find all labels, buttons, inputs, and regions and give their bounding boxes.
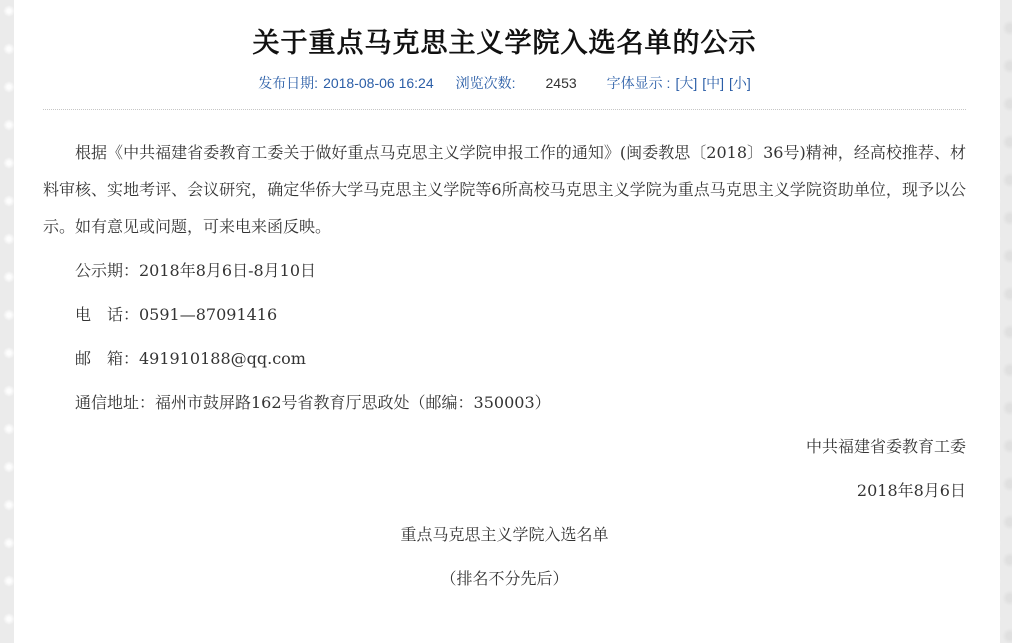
signature-line: 中共福建省委教育工委 <box>43 428 966 465</box>
views-count: 2453 <box>546 74 577 92</box>
publicity-period-line: 公示期：2018年8月6日-8月10日 <box>43 252 966 289</box>
main-paragraph: 根据《中共福建省委教育工委关于做好重点马克思主义学院申报工作的通知》(闽委教思〔… <box>43 134 966 245</box>
phone-line: 电 话：0591—87091416 <box>43 296 966 333</box>
signature-date-line: 2018年8月6日 <box>43 472 966 509</box>
dotted-divider <box>43 109 966 110</box>
document-page: 关于重点马克思主义学院入选名单的公示 发布日期: 2018-08-06 16:2… <box>14 0 1000 643</box>
font-size-small-button[interactable]: [小] <box>729 74 751 92</box>
document-content: 关于重点马克思主义学院入选名单的公示 发布日期: 2018-08-06 16:2… <box>14 0 1000 597</box>
views-label: 浏览次数: <box>456 74 516 92</box>
publish-date-label: 发布日期: <box>258 74 318 92</box>
meta-bar: 发布日期: 2018-08-06 16:24 浏览次数: 2453 字体显示 :… <box>43 74 966 92</box>
email-line: 邮 箱：491910188@qq.com <box>43 340 966 377</box>
font-display-label: 字体显示 : <box>607 74 671 92</box>
announcement-body: 根据《中共福建省委教育工委关于做好重点马克思主义学院申报工作的通知》(闽委教思〔… <box>43 134 966 597</box>
page-title: 关于重点马克思主义学院入选名单的公示 <box>43 0 966 59</box>
list-note-line: （排名不分先后） <box>43 560 966 597</box>
font-size-medium-button[interactable]: [中] <box>702 74 724 92</box>
address-line: 通信地址：福州市鼓屏路162号省教育厅思政处（邮编：350003） <box>43 384 966 421</box>
font-size-large-button[interactable]: [大] <box>675 74 697 92</box>
publish-date-value: 2018-08-06 16:24 <box>323 74 434 92</box>
list-title-line: 重点马克思主义学院入选名单 <box>43 516 966 553</box>
